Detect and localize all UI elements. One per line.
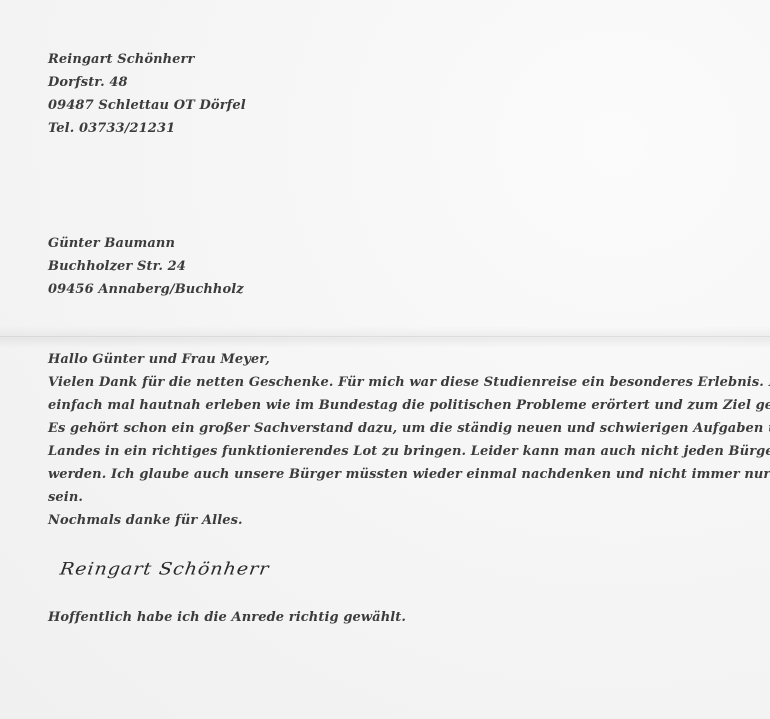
sender-name: Reingart Schönherr	[48, 48, 246, 71]
sender-city: 09487 Schlettau OT Dörfel	[48, 94, 246, 117]
body-line: werden. Ich glaube auch unsere Bürger mü…	[48, 463, 770, 486]
body-line: Landes in ein richtiges funktionierendes…	[48, 440, 770, 463]
recipient-street: Buchholzer Str. 24	[48, 255, 244, 278]
letter-body: Hallo Günter und Frau Meyer, Vielen Dank…	[48, 348, 770, 532]
body-line: Es gehört schon ein großer Sachverstand …	[48, 417, 770, 440]
handwritten-signature: Reingart Schönherr	[59, 559, 271, 579]
postscript: Hoffentlich habe ich die Anrede richtig …	[48, 606, 406, 629]
sender-phone: Tel. 03733/21231	[48, 117, 246, 140]
paper-fold-shadow	[0, 326, 770, 348]
body-line: einfach mal hautnah erleben wie im Bunde…	[48, 394, 770, 417]
sender-street: Dorfstr. 48	[48, 71, 246, 94]
sender-address: Reingart Schönherr Dorfstr. 48 09487 Sch…	[48, 48, 246, 140]
body-line: Vielen Dank für die netten Geschenke. Fü…	[48, 371, 770, 394]
recipient-address: Günter Baumann Buchholzer Str. 24 09456 …	[48, 232, 244, 301]
greeting: Hallo Günter und Frau Meyer,	[48, 348, 770, 371]
recipient-city: 09456 Annaberg/Buchholz	[48, 278, 244, 301]
postscript-text: Hoffentlich habe ich die Anrede richtig …	[48, 606, 406, 629]
paper-fold-line	[0, 336, 770, 337]
body-line: sein.	[48, 486, 770, 509]
closing: Nochmals danke für Alles.	[48, 509, 770, 532]
recipient-name: Günter Baumann	[48, 232, 244, 255]
